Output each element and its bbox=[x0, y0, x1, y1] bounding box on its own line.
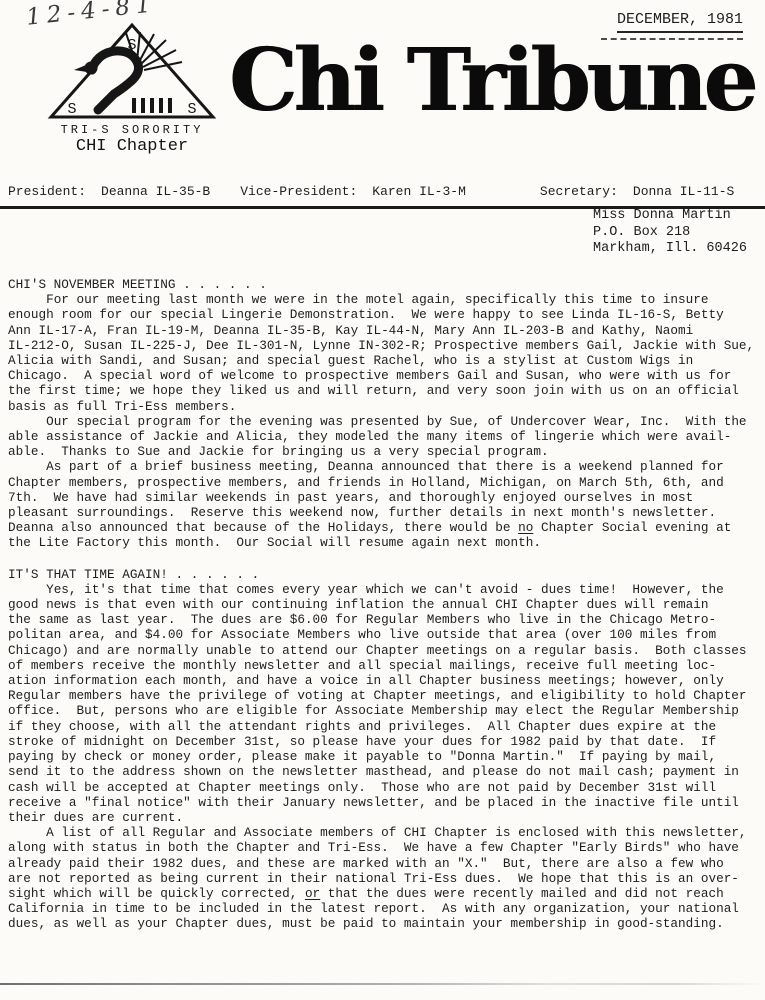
paragraph: As part of a brief business meeting, Dea… bbox=[8, 459, 764, 550]
officers-bar: President: Deanna IL-35-B Vice-President… bbox=[0, 184, 765, 209]
officer-president: President: Deanna IL-35-B bbox=[8, 184, 210, 199]
newsletter-body: CHI'S NOVEMBER MEETING . . . . . . For o… bbox=[8, 277, 764, 932]
section-november-meeting: CHI'S NOVEMBER MEETING . . . . . . For o… bbox=[8, 277, 764, 551]
section-dues-time: IT'S THAT TIME AGAIN! . . . . . . Yes, i… bbox=[8, 567, 764, 932]
masthead-title: Chi Tribune bbox=[218, 36, 765, 126]
address-line: Miss Donna Martin bbox=[593, 208, 747, 225]
address-line: Markham, Ill. 60426 bbox=[593, 241, 747, 258]
section-heading: IT'S THAT TIME AGAIN! . . . . . . bbox=[8, 567, 764, 582]
sorority-logo: S S S bbox=[42, 20, 222, 156]
officer-vice-president: Vice-President: Karen IL-3-M bbox=[240, 184, 466, 199]
paragraph: For our meeting last month we were in th… bbox=[8, 292, 764, 414]
logo-chapter-name: CHI Chapter bbox=[42, 137, 222, 156]
paragraph: A list of all Regular and Associate memb… bbox=[8, 825, 764, 931]
logo-org-name: TRI-S SORORITY bbox=[42, 123, 222, 137]
officer-name: Karen IL-3-M bbox=[372, 184, 466, 199]
underlined-word: no bbox=[518, 520, 533, 535]
officer-role: Secretary: bbox=[540, 184, 618, 199]
newsletter-page: 12-4-81 DECEMBER, 1981 S S S bbox=[0, 0, 765, 1000]
address-line: P.O. Box 218 bbox=[593, 225, 747, 242]
officer-name: Donna IL-11-S bbox=[633, 184, 734, 199]
officer-role: Vice-President: bbox=[240, 184, 357, 199]
officer-name: Deanna IL-35-B bbox=[101, 184, 210, 199]
page-divider-line bbox=[0, 983, 765, 985]
officer-role: President: bbox=[8, 184, 86, 199]
mailing-address: Miss Donna Martin P.O. Box 218 Markham, … bbox=[593, 208, 747, 258]
tri-s-swan-logo-icon: S S S bbox=[42, 20, 222, 122]
paragraph: Our special program for the evening was … bbox=[8, 414, 764, 460]
section-heading: CHI'S NOVEMBER MEETING . . . . . . bbox=[8, 277, 764, 292]
paragraph: Yes, it's that time that comes every yea… bbox=[8, 582, 764, 825]
underlined-word: or bbox=[305, 886, 320, 901]
logo-letter-s-right: S bbox=[187, 101, 196, 118]
logo-letter-s-left: S bbox=[67, 101, 76, 118]
officer-secretary: Secretary: Donna IL-11-S bbox=[540, 184, 734, 199]
